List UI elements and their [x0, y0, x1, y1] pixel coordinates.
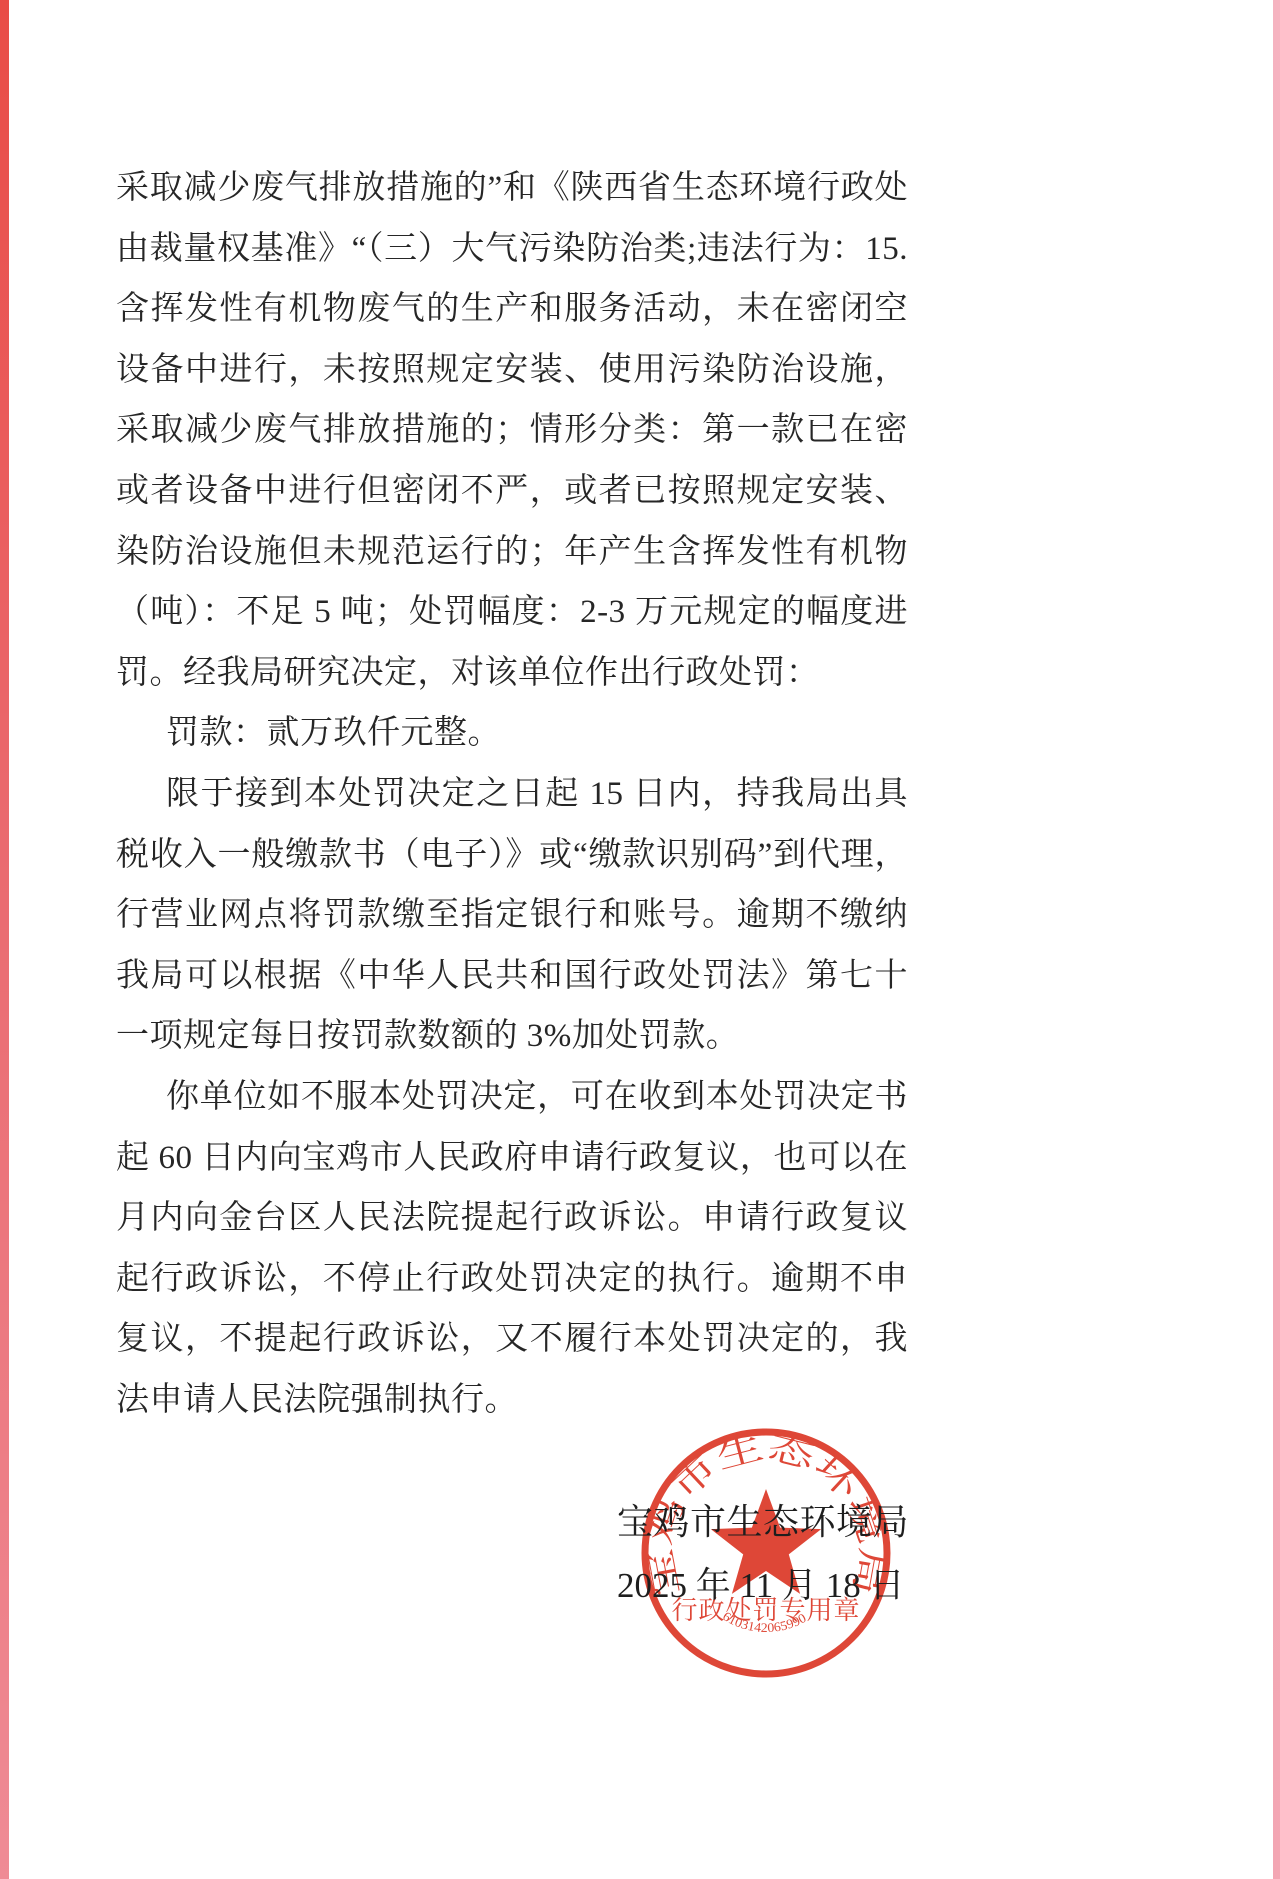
scan-edge-right: [1273, 0, 1280, 1879]
document-line: 复议，不提起行政诉讼，又不履行本处罚决定的，我局将依: [116, 1309, 908, 1370]
document-line: 或者设备中进行但密闭不严，或者已按照规定安装、使用污: [116, 461, 908, 522]
document-line: 一项规定每日按罚款数额的 3%加处罚款。: [116, 1006, 908, 1067]
document-line: 起行政诉讼，不停止行政处罚决定的执行。逾期不申请行政: [116, 1249, 908, 1310]
document-line: （吨）：不足 5 吨；处罚幅度：2-3 万元规定的幅度进行处: [116, 582, 908, 643]
document-line: 采取减少废气排放措施的”和《陕西省生态环境行政处罚自: [116, 158, 908, 219]
document-line: 设备中进行，未按照规定安装、使用污染防治设施，或者未: [116, 340, 908, 401]
document-line: 起 60 日内向宝鸡市人民政府申请行政复议，也可以在 6 个: [116, 1128, 908, 1189]
document-line: 税收入一般缴款书（电子）》或“缴款识别码”到代理，银: [116, 825, 908, 886]
document-line: 罚。经我局研究决定，对该单位作出行政处罚：: [116, 643, 908, 704]
document-line: 染防治设施但未规范运行的；年产生含挥发性有机物废气量: [116, 522, 908, 583]
document-line: 罚款：贰万玖仟元整。: [116, 703, 908, 764]
scanned-document-page: 采取减少废气排放措施的”和《陕西省生态环境行政处罚自由裁量权基准》“（三）大气污…: [0, 0, 1280, 1879]
signature-block: 宝鸡市生态环境局 2025 年 11 月 18 日: [617, 1502, 909, 1606]
document-line: 你单位如不服本处罚决定，可在收到本处罚决定书之日: [116, 1067, 908, 1128]
issue-date: 2025 年 11 月 18 日: [617, 1566, 909, 1606]
document-line: 由裁量权基准》“（三）大气污染防治类;违法行为：15.产生: [116, 219, 908, 280]
document-body: 采取减少废气排放措施的”和《陕西省生态环境行政处罚自由裁量权基准》“（三）大气污…: [116, 158, 908, 1430]
document-line: 月内向金台区人民法院提起行政诉讼。申请行政复议或者提: [116, 1188, 908, 1249]
document-line: 行营业网点将罚款缴至指定银行和账号。逾期不缴纳罚款的，: [116, 885, 908, 946]
scan-edge-left: [0, 0, 9, 1879]
document-line: 限于接到本处罚决定之日起 15 日内，持我局出具的《非: [116, 764, 908, 825]
document-line: 我局可以根据《中华人民共和国行政处罚法》第七十二条第: [116, 946, 908, 1007]
document-line: 采取减少废气排放措施的；情形分类：第一款已在密闭空间: [116, 400, 908, 461]
issuer-name: 宝鸡市生态环境局: [617, 1502, 909, 1542]
document-line: 含挥发性有机物废气的生产和服务活动，未在密闭空间或者: [116, 279, 908, 340]
